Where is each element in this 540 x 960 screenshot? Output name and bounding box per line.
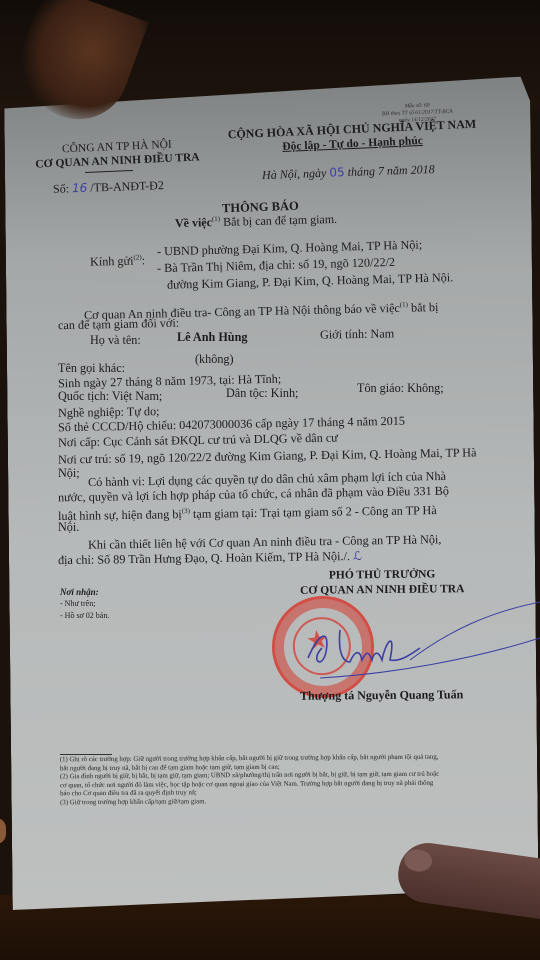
person-ethnicity: Dân tộc: Kinh; <box>226 386 298 401</box>
person-name: Lê Anh Hùng <box>177 330 247 345</box>
receivers-block: Nơi nhận: - Như trên; - Hồ sơ 02 bản. <box>60 586 109 622</box>
footnote-3: (3) Giữ trong trường hợp khẩn cấp/tạm gi… <box>60 797 439 808</box>
footnote-ref: (1) <box>400 301 408 309</box>
person-residence-cont: Nội; <box>58 466 80 481</box>
fingernail <box>403 848 434 874</box>
intro-text-end: bắt bị <box>408 300 439 315</box>
footnote-ref: (2) <box>133 253 141 261</box>
footnote-rule <box>60 754 112 755</box>
recipients-label-text: Kính gửi <box>90 254 134 269</box>
receiver-item: - Như trên; <box>60 598 109 610</box>
ink-mark: ℒ <box>353 549 362 563</box>
subject-line: Về việc(1) Bắt bị can để tạm giam. <box>175 212 337 231</box>
colon: : <box>142 253 146 267</box>
handwritten-signature <box>260 600 540 690</box>
contact-line-2: địa chỉ: Số 89 Trần Hưng Đạo, Q. Hoàn Ki… <box>58 549 362 568</box>
receiver-item: - Hồ sơ 02 bản. <box>60 610 109 622</box>
name-label: Họ và tên: <box>90 333 141 348</box>
handwritten-number: 16 <box>72 181 88 196</box>
detention-place: tạm giam tại: Trại tạm giam số 2 - Công … <box>190 503 437 521</box>
subject-label: Về việc <box>175 215 212 230</box>
document-number: Số: 16 /TB-ANĐT-Đ2 <box>53 178 164 197</box>
contact-address: địa chỉ: Số 89 Trần Hưng Đạo, Q. Hoàn Ki… <box>58 549 350 567</box>
person-alias: (không) <box>195 352 234 367</box>
person-religion: Tôn giáo: Không; <box>357 381 444 396</box>
subject-text: Bắt bị can để tạm giam. <box>223 212 337 229</box>
signature-title: PHÓ THỦ TRƯỞNG CƠ QUAN AN NINH ĐIỀU TRA <box>300 567 465 599</box>
place-date-rest: tháng 7 năm 2018 <box>347 162 434 179</box>
agency-header: CÔNG AN TP HÀ NỘI CƠ QUAN AN NINH ĐIỀU T… <box>34 136 199 171</box>
alias-label: Tên gọi khác: <box>58 361 125 376</box>
official-notice-document: Mẫu số: 60 BH theo TT số 61/2017/TT-BCA … <box>0 0 540 960</box>
agency-underline <box>85 170 133 173</box>
recipients-label: Kính gửi(2): <box>90 250 146 269</box>
footnote-ref: (3) <box>182 507 190 515</box>
place-date: Hà Nội, ngày 05 tháng 7 năm 2018 <box>262 162 435 183</box>
intro-line-2: can để tạm giam đối với: <box>58 316 179 334</box>
signer-position: PHÓ THỦ TRƯỞNG <box>300 567 464 584</box>
national-header: CỘNG HÒA XÃ HỘI CHỦ NGHĨA VIỆT NAM Độc l… <box>227 117 477 158</box>
handwritten-day: 05 <box>329 165 345 180</box>
footnotes: (1) Ghi rõ các trường hợp: Giữ người tro… <box>60 754 440 808</box>
footnote-ref: (1) <box>212 215 220 223</box>
conduct-line-4: Nội. <box>58 520 79 535</box>
number-code: /TB-ANĐT-Đ2 <box>90 178 164 195</box>
place-date-prefix: Hà Nội, ngày <box>262 166 327 182</box>
person-gender: Giới tính: Nam <box>320 326 394 342</box>
person-nationality: Quốc tịch: Việt Nam; <box>58 389 162 404</box>
number-label: Số: <box>53 181 69 196</box>
signer-name: Thượng tá Nguyễn Quang Tuấn <box>300 687 463 703</box>
receivers-label: Nơi nhận: <box>60 586 109 598</box>
